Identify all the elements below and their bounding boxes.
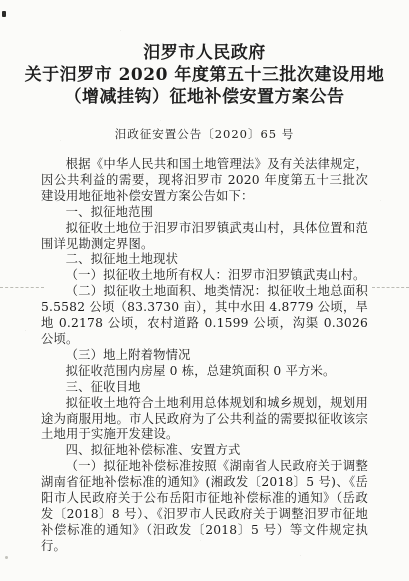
paragraph: （一）拟征收土地所有权人：汨罗市汨罗镇武夷山村。 [41,268,368,284]
section-heading: 三、征收目地 [41,380,368,396]
document-title: 汨罗市人民政府 关于汨罗市 2020 年度第五十三批次建设用地 （增减挂钩）征地… [0,42,409,108]
scanned-document-page: 汨罗市人民政府 关于汨罗市 2020 年度第五十三批次建设用地 （增减挂钩）征地… [0,0,409,581]
scan-artifact-speck-bottom-left [5,556,8,559]
document-title-line-2: 关于汨罗市 2020 年度第五十三批次建设用地 [0,64,409,86]
scan-artifact-dash-right [372,287,409,288]
section-heading: 四、拟征地补偿标准、安置方式 [41,443,368,459]
scan-noise [0,0,1,1]
section-heading: 二、拟征地土地现状 [41,252,368,268]
scan-artifact-dash-left [0,287,44,288]
document-body: 根据《中华人民共和国土地管理法》及有关法律规定，因公共利益的需要，现将汨罗市 2… [41,157,368,555]
paragraph: 拟征收土地位于汨罗市汨罗镇武夷山村，具体位置和范围详见勘测定界图。 [41,221,368,253]
document-title-line-3: （增减挂钩）征地补偿安置方案公告 [0,86,409,108]
document-number: 汨政征安置公告〔2020〕65 号 [0,126,409,142]
paragraph: （二）拟征收土地面积、地类情况：拟征收土地总面积 5.5582 公顷（83.37… [41,284,368,348]
scan-artifact-speck-top-left [2,11,6,17]
paragraph: 根据《中华人民共和国土地管理法》及有关法律规定，因公共利益的需要，现将汨罗市 2… [41,157,368,205]
paragraph: 拟征收范围内房屋 0 栋，总建筑面积 0 平方米。 [41,364,368,380]
section-heading: 一、拟征地范围 [41,205,368,221]
document-title-line-1: 汨罗市人民政府 [0,42,409,64]
paragraph: 拟征收土地符合土地利用总体规划和城乡规划，规划用途为商服用地。市人民政府为了公共… [41,396,368,444]
paragraph: （一）拟征地补偿标准按照《湖南省人民政府关于调整湖南省征地补偿标准的通知》(湘政… [41,459,368,554]
paragraph: （三）地上附着物情况 [41,348,368,364]
